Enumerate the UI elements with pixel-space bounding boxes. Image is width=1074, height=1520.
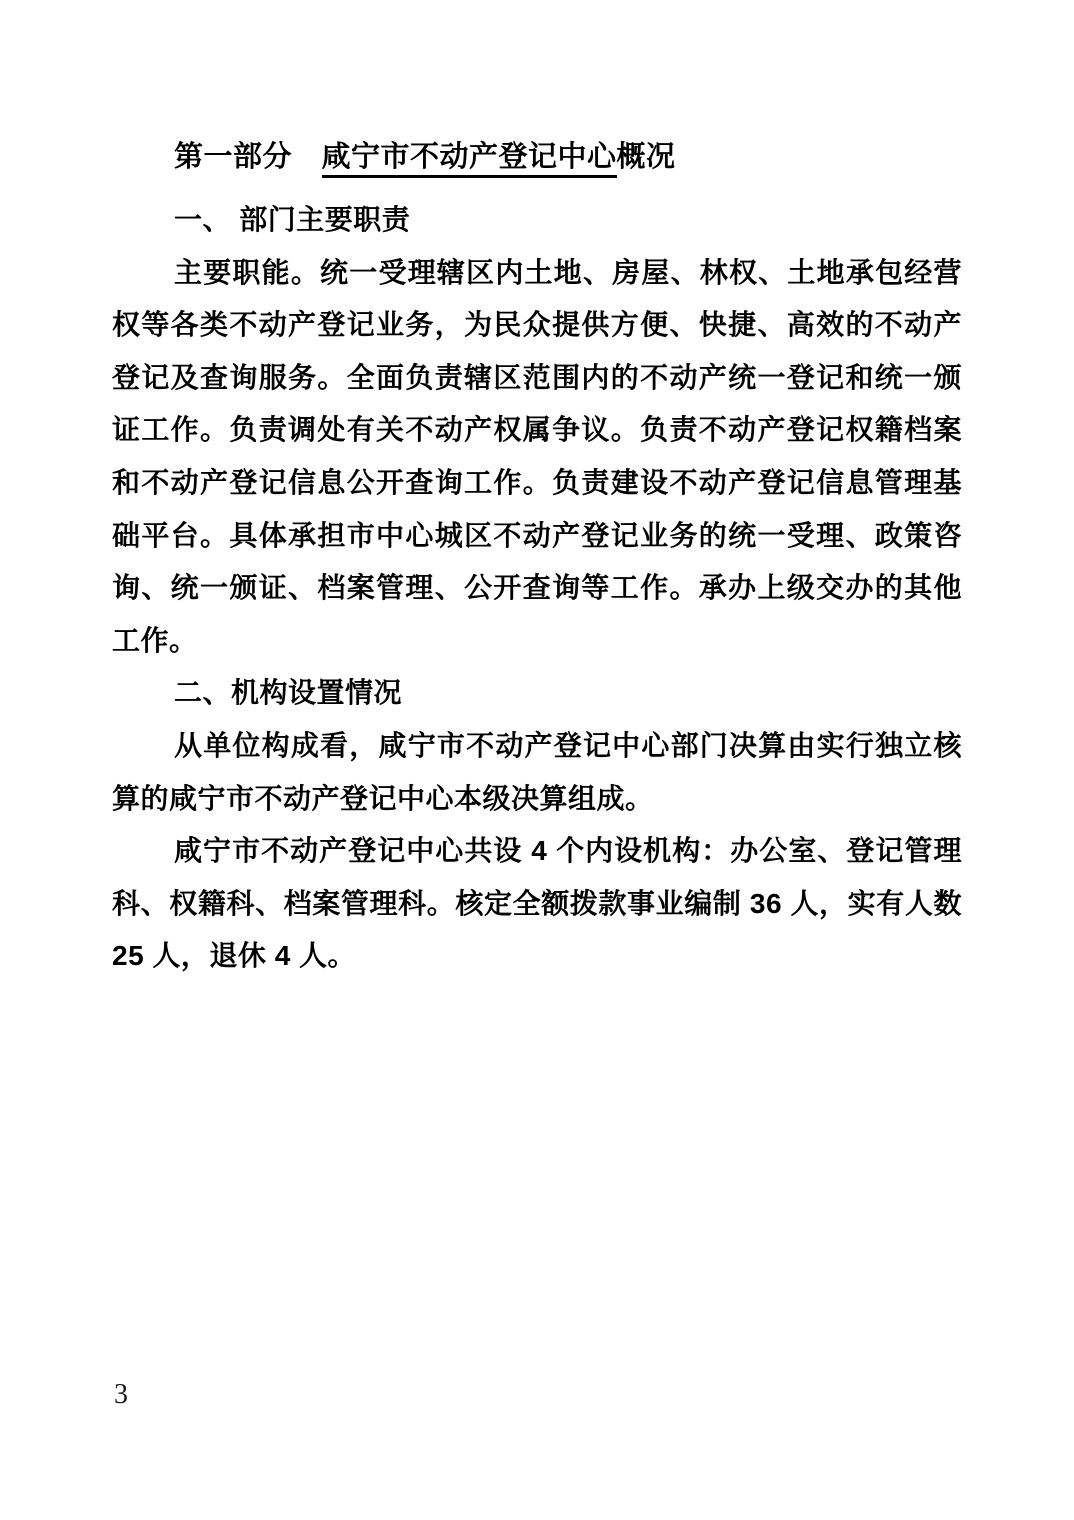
document-content: 第一部分 咸宁市不动产登记中心概况 一、 部门主要职责主要职能。统一受理辖区内土… [112,131,962,983]
text-line: 算的咸宁市不动产登记中心本级决算组成。 [112,773,962,826]
section-title-prefix: 第一部分 [174,141,322,173]
document-lines: 一、 部门主要职责主要职能。统一受理辖区内土地、房屋、林权、土地承包经营权等各类… [112,194,962,983]
text-line: 证工作。负责调处有关不动产权属争议。负责不动产登记权籍档案 [112,404,962,457]
section-title-underlined: 咸宁市不动产登记中心 [322,141,617,178]
text-line: 从单位构成看，咸宁市不动产登记中心部门决算由实行独立核 [112,720,962,773]
text-line: 一、 部门主要职责 [112,194,962,247]
page-number: 3 [114,1378,128,1412]
section-title-suffix: 概况 [617,141,676,173]
text-line: 登记及查询服务。全面负责辖区范围内的不动产统一登记和统一颁 [112,352,962,405]
text-line: 主要职能。统一受理辖区内土地、房屋、林权、土地承包经营 [112,247,962,300]
text-line: 础平台。具体承担市中心城区不动产登记业务的统一受理、政策咨 [112,510,962,563]
text-line: 科、权籍科、档案管理科。核定全额拨款事业编制 36 人，实有人数 [112,878,962,931]
text-line: 25 人，退休 4 人。 [112,930,962,983]
text-line: 咸宁市不动产登记中心共设 4 个内设机构：办公室、登记管理 [112,825,962,878]
text-line: 二、机构设置情况 [112,667,962,720]
text-line: 权等各类不动产登记业务，为民众提供方便、快捷、高效的不动产 [112,299,962,352]
text-line: 和不动产登记信息公开查询工作。负责建设不动产登记信息管理基 [112,457,962,510]
text-line: 工作。 [112,615,962,668]
text-line: 询、统一颁证、档案管理、公开查询等工作。承办上级交办的其他 [112,562,962,615]
section-title: 第一部分 咸宁市不动产登记中心概况 [112,131,962,184]
document-page: 第一部分 咸宁市不动产登记中心概况 一、 部门主要职责主要职能。统一受理辖区内土… [0,0,1074,1520]
